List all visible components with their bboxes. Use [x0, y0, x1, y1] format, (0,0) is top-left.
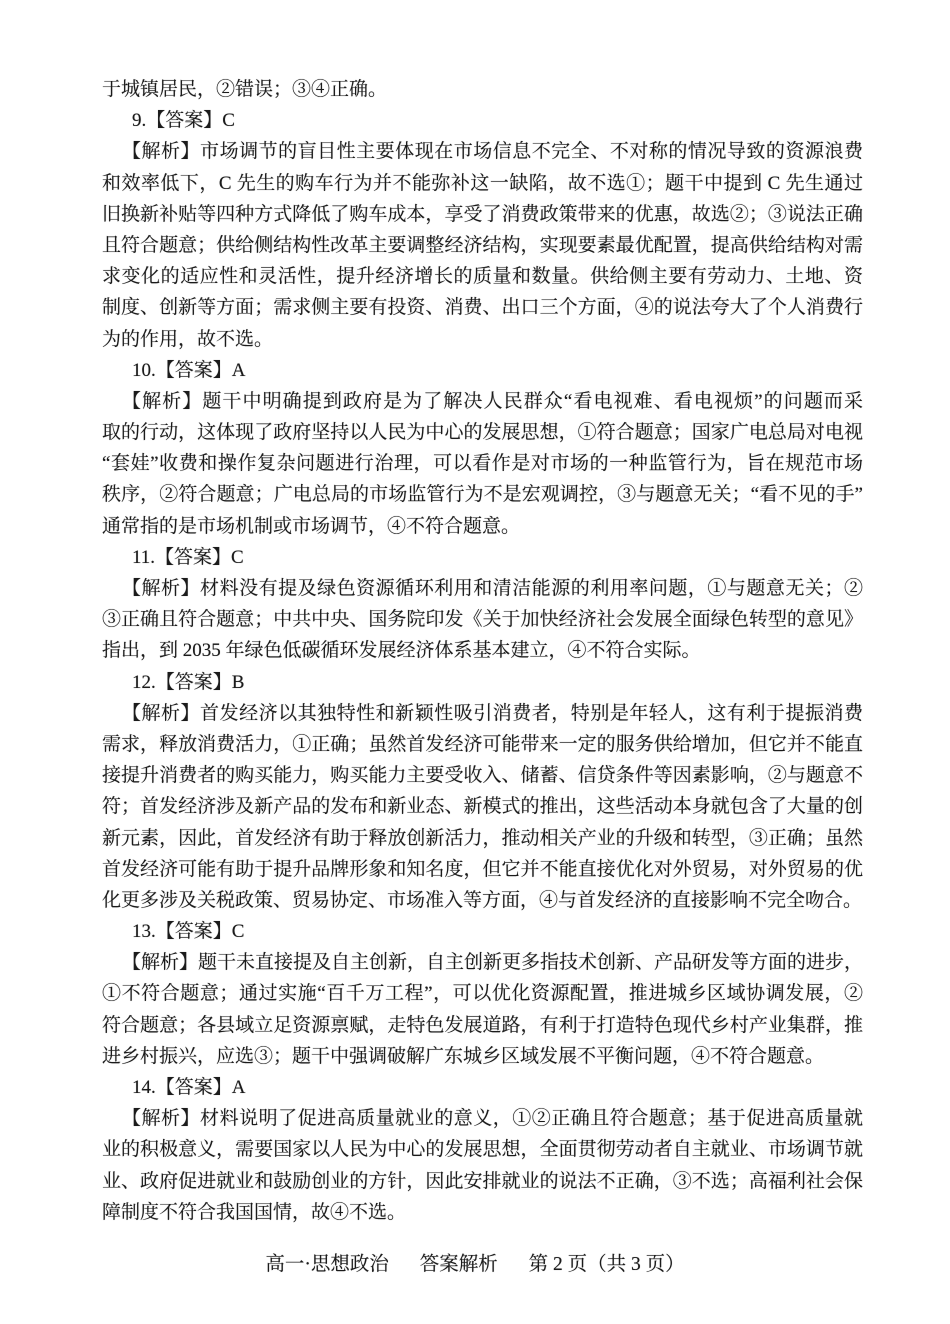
text-line: 障制度不符合我国国情，故④不选。	[102, 1197, 863, 1228]
text-line: “套娃”收费和操作复杂问题进行治理，可以看作是对市场的一种监管行为，旨在规范市场	[102, 448, 863, 479]
text-line: 【解析】市场调节的盲目性主要体现在市场信息不完全、不对称的情况导致的资源浪费	[102, 136, 863, 167]
answers-text-block: 于城镇居民，②错误；③④正确。9.【答案】C【解析】市场调节的盲目性主要体现在市…	[102, 74, 863, 1228]
text-line: 12.【答案】B	[102, 667, 863, 698]
text-line: 秩序，②符合题意；广电总局的市场监管行为不是宏观调控，③与题意无关；“看不见的手…	[102, 479, 863, 510]
text-line: 和效率低下，C 先生的购车行为并不能弥补这一缺陷，故不选①；题干中提到 C 先生…	[102, 168, 863, 199]
text-line: 接提升消费者的购买能力，购买能力主要受收入、储蓄、信贷条件等因素影响，②与题意不	[102, 760, 863, 791]
text-line: 进乡村振兴，应选③；题干中强调破解广东城乡区域发展不平衡问题，④不符合题意。	[102, 1041, 863, 1072]
text-line: 首发经济可能有助于提升品牌形象和知名度，但它并不能直接优化对外贸易，对外贸易的优	[102, 854, 863, 885]
footer-course-label: 高一·思想政治	[265, 1248, 389, 1276]
text-line: 11.【答案】C	[102, 542, 863, 573]
text-line: 【解析】题干中明确提到政府是为了解决人民群众“看电视难、看电视烦”的问题而采	[102, 386, 863, 417]
text-line: 【解析】材料说明了促进高质量就业的意义，①②正确且符合题意；基于促进高质量就	[102, 1103, 863, 1134]
text-line: 且符合题意；供给侧结构性改革主要调整经济结构，实现要素最优配置，提高供给结构对需	[102, 230, 863, 261]
text-line: 14.【答案】A	[102, 1072, 863, 1103]
text-line: 新元素，因此，首发经济有助于释放创新活力，推动相关产业的升级和转型，③正确；虽然	[102, 823, 863, 854]
text-line: 符；首发经济涉及新产品的发布和新业态、新模式的推出，这些活动本身就包含了大量的创	[102, 791, 863, 822]
scanned-answer-sheet-page: 于城镇居民，②错误；③④正确。9.【答案】C【解析】市场调节的盲目性主要体现在市…	[0, 0, 950, 1324]
footer-doc-type-label: 答案解析	[420, 1248, 498, 1276]
text-line: ①不符合题意；通过实施“百千万工程”，可以优化资源配置，推进城乡区域协调发展，②	[102, 978, 863, 1009]
text-line: 【解析】首发经济以其独特性和新颖性吸引消费者，特别是年轻人，这有利于提振消费	[102, 698, 863, 729]
text-line: 需求，释放消费活力，①正确；虽然首发经济可能带来一定的服务供给增加，但它并不能直	[102, 729, 863, 760]
text-line: 旧换新补贴等四种方式降低了购车成本，享受了消费政策带来的优惠，故选②；③说法正确	[102, 199, 863, 230]
text-line: 10.【答案】A	[102, 355, 863, 386]
text-line: 13.【答案】C	[102, 916, 863, 947]
text-line: 求变化的适应性和灵活性，提升经济增长的质量和数量。供给侧主要有劳动力、土地、资本…	[102, 261, 863, 292]
text-line: 9.【答案】C	[102, 105, 863, 136]
page-footer: 高一·思想政治 答案解析 第 2 页（共 3 页）	[0, 1248, 950, 1276]
text-line: 为的作用，故不选。	[102, 324, 863, 355]
text-line: 制度、创新等方面；需求侧主要有投资、消费、出口三个方面，④的说法夸大了个人消费行	[102, 292, 863, 323]
text-line: 业的积极意义，需要国家以人民为中心的发展思想，全面贯彻劳动者自主就业、市场调节就	[102, 1134, 863, 1165]
text-line: 指出，到 2035 年绿色低碳循环发展经济体系基本建立，④不符合实际。	[102, 635, 863, 666]
text-line: 【解析】题干未直接提及自主创新，自主创新更多指技术创新、产品研发等方面的进步，	[102, 947, 863, 978]
text-line: 于城镇居民，②错误；③④正确。	[102, 74, 863, 105]
text-line: 取的行动，这体现了政府坚持以人民为中心的发展思想，①符合题意；国家广电总局对电视	[102, 417, 863, 448]
text-line: ③正确且符合题意；中共中央、国务院印发《关于加快经济社会发展全面绿色转型的意见》	[102, 604, 863, 635]
text-line: 业、政府促进就业和鼓励创业的方针，因此安排就业的说法不正确，③不选；高福利社会保	[102, 1166, 863, 1197]
text-line: 符合题意；各县域立足资源禀赋，走特色发展道路，有利于打造特色现代乡村产业集群，推	[102, 1010, 863, 1041]
text-line: 化更多涉及关税政策、贸易协定、市场准入等方面，④与首发经济的直接影响不完全吻合。	[102, 885, 863, 916]
footer-page-number: 第 2 页（共 3 页）	[529, 1248, 685, 1276]
text-line: 通常指的是市场机制或市场调节，④不符合题意。	[102, 511, 863, 542]
text-line: 【解析】材料没有提及绿色资源循环利用和清洁能源的利用率问题，①与题意无关；②	[102, 573, 863, 604]
